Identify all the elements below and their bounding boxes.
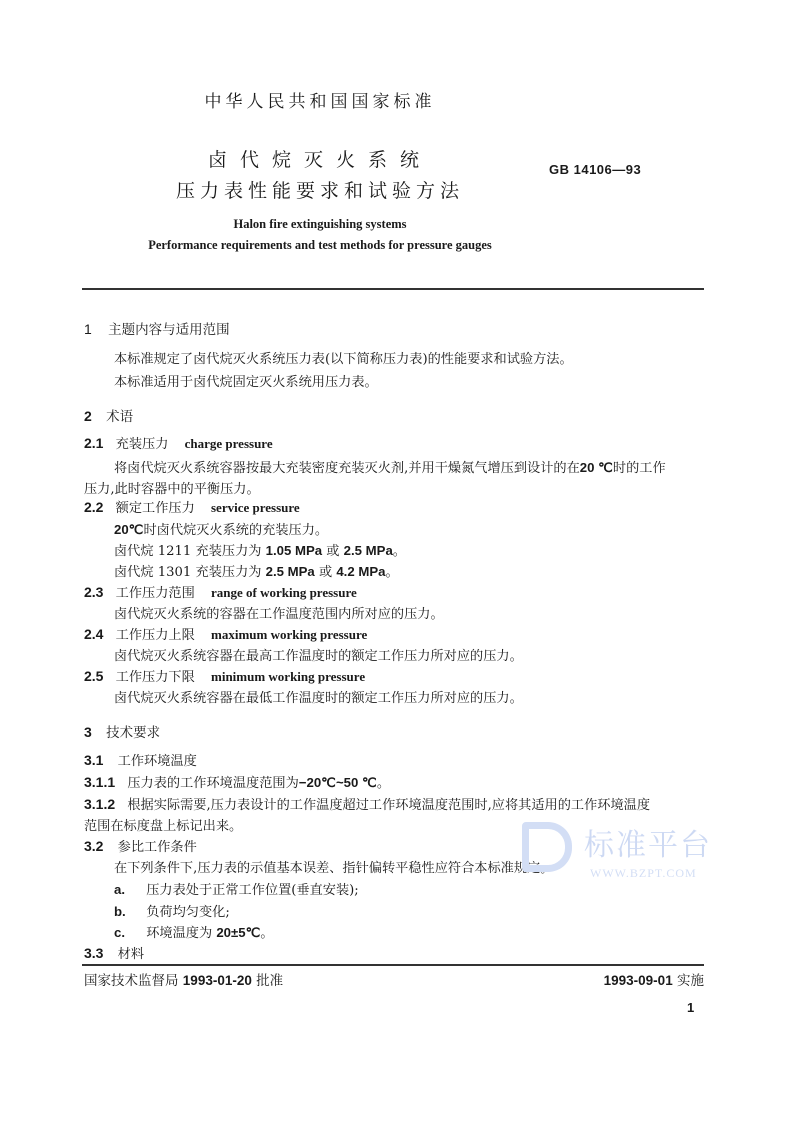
term-cn: 充装压力 [116, 437, 169, 452]
list-text: 负荷均匀变化; [146, 905, 230, 920]
effective-date: 1993-09-01 [604, 973, 673, 988]
clause-3-1-2: 3.1.2 根据实际需要,压力表设计的工作温度超过工作环境温度范围时,应将其适用… [84, 794, 650, 813]
clause-number: 3.2 [84, 838, 103, 854]
paragraph: 本标准适用于卤代烷固定灭火系统用压力表。 [114, 371, 378, 390]
clause-text: 压力表的工作环境温度范围为 [127, 776, 298, 791]
list-item: b. 负荷均匀变化; [114, 901, 230, 920]
approval-label: 批准 [252, 973, 283, 989]
pressure-value: 1.05 MPa [266, 543, 322, 558]
definition-text: 时的工作 [613, 461, 666, 476]
watermark-cn: 标准平台 [584, 820, 712, 864]
clause-text-continued: 范围在标度盘上标记出来。 [84, 815, 242, 834]
term-en: maximum working pressure [211, 627, 367, 642]
clause-3-1-1: 3.1.1 压力表的工作环境温度范围为−20℃~50 ℃。 [84, 772, 390, 791]
clause-2-2-heading: 2.2 额定工作压力 service pressure [84, 497, 300, 516]
text: 卤代烷 1211 充装压力为 [114, 544, 266, 559]
title-cn-line1: 卤代烷灭火系统 [150, 145, 490, 172]
temperature-range: −20℃~50 ℃ [299, 775, 377, 790]
header-divider [82, 288, 704, 290]
clause-number: 2.4 [84, 626, 103, 642]
definition-text: 时卤代烷灭火系统的充装压力。 [143, 523, 328, 538]
section-title: 主题内容与适用范围 [108, 322, 230, 338]
pressure-value: 4.2 MPa [336, 564, 385, 579]
term-cn: 工作压力范围 [116, 586, 195, 601]
text: 。 [393, 544, 406, 559]
list-item: a. 压力表处于正常工作位置(垂直安装); [114, 879, 359, 898]
clause-2-1-heading: 2.1 充装压力 charge pressure [84, 433, 273, 452]
section-1-heading: 1 主题内容与适用范围 [84, 318, 230, 338]
text: 或 [322, 544, 344, 559]
title-en-line1: Halon fire extinguishing systems [0, 217, 640, 232]
clause-title: 材料 [118, 947, 144, 962]
text: 。 [385, 565, 398, 580]
clause-2-3-heading: 2.3 工作压力范围 range of working pressure [84, 582, 357, 601]
section-3-heading: 3 技术要求 [84, 721, 160, 741]
halon-1301-pressure: 卤代烷 1301 充装压力为 2.5 MPa 或 4.2 MPa。 [114, 561, 399, 580]
text: 或 [315, 565, 337, 580]
list-text: 。 [260, 926, 273, 941]
list-text: 压力表处于正常工作位置(垂直安装); [146, 883, 359, 898]
standard-code: GB 14106—93 [549, 162, 641, 177]
page-number: 1 [687, 1000, 694, 1015]
term-en: range of working pressure [211, 585, 357, 600]
clause-number: 2.2 [84, 499, 103, 515]
temperature-value: 20℃ [114, 522, 143, 537]
clause-number: 3.1.2 [84, 796, 115, 812]
clause-2-5-heading: 2.5 工作压力下限 minimum working pressure [84, 666, 365, 685]
effective-info: 1993-09-01 实施 [604, 969, 704, 989]
clause-number: 2.1 [84, 435, 103, 451]
definition: 卤代烷灭火系统容器在最高工作温度时的额定工作压力所对应的压力。 [114, 645, 523, 664]
clause-number: 2.5 [84, 668, 103, 684]
pressure-value: 2.5 MPa [344, 543, 393, 558]
title-cn-line2: 压力表性能要求和试验方法 [150, 176, 490, 203]
clause-number: 3.1 [84, 752, 103, 768]
section-2-heading: 2 术语 [84, 405, 133, 425]
list-text: 环境温度为 [146, 926, 216, 941]
section-title: 术语 [106, 409, 133, 425]
watermark-en: WWW.BZPT.COM [590, 866, 697, 881]
text: 卤代烷 1301 充装压力为 [114, 565, 266, 580]
definition-continued: 压力,此时容器中的平衡压力。 [84, 478, 260, 497]
list-label: c. [114, 925, 138, 940]
definition: 将卤代烷灭火系统容器按最大充装密度充装灭火剂,并用干燥氮气增压到设计的在20 ℃… [114, 457, 666, 476]
term-en: charge pressure [185, 436, 273, 451]
section-number: 3 [84, 724, 92, 740]
section-number: 2 [84, 408, 92, 424]
term-cn: 额定工作压力 [116, 501, 195, 516]
term-cn: 工作压力上限 [116, 628, 195, 643]
watermark-logo-icon [522, 822, 572, 872]
approval-info: 国家技术监督局 1993-01-20 批准 [84, 969, 283, 989]
term-cn: 工作压力下限 [116, 670, 195, 685]
section-title: 技术要求 [106, 725, 160, 741]
effective-label: 实施 [673, 973, 704, 989]
clause-number: 3.1.1 [84, 774, 115, 790]
list-label: a. [114, 882, 138, 897]
temperature-value: 20 ℃ [580, 460, 613, 475]
clause-text: 。 [377, 776, 390, 791]
footer-divider [82, 964, 704, 966]
title-en-line2: Performance requirements and test method… [0, 238, 640, 253]
definition: 20℃时卤代烷灭火系统的充装压力。 [114, 519, 328, 538]
section-number: 1 [84, 321, 92, 337]
halon-1211-pressure: 卤代烷 1211 充装压力为 1.05 MPa 或 2.5 MPa。 [114, 540, 406, 559]
definition: 卤代烷灭火系统容器在最低工作温度时的额定工作压力所对应的压力。 [114, 687, 523, 706]
clause-number: 2.3 [84, 584, 103, 600]
term-en: minimum working pressure [211, 669, 365, 684]
definition-text: 将卤代烷灭火系统容器按最大充装密度充装灭火剂,并用干燥氮气增压到设计的在 [114, 461, 580, 476]
clause-number: 3.3 [84, 945, 103, 961]
approval-date: 1993-01-20 [183, 973, 252, 988]
list-item: c. 环境温度为 20±5℃。 [114, 922, 274, 941]
clause-3-1-heading: 3.1 工作环境温度 [84, 750, 197, 769]
temperature-value: 20±5℃ [216, 925, 260, 940]
paragraph: 本标准规定了卤代烷灭火系统压力表(以下简称压力表)的性能要求和试验方法。 [114, 348, 573, 367]
clause-3-3-heading: 3.3 材料 [84, 943, 144, 962]
clause-title: 工作环境温度 [118, 754, 197, 769]
definition: 卤代烷灭火系统的容器在工作温度范围内所对应的压力。 [114, 603, 444, 622]
list-label: b. [114, 904, 138, 919]
standard-type-heading: 中华人民共和国国家标准 [0, 87, 640, 112]
clause-intro: 在下列条件下,压力表的示值基本误差、指针偏转平稳性应符合本标准规定。 [114, 857, 553, 876]
clause-3-2-heading: 3.2 参比工作条件 [84, 836, 197, 855]
clause-2-4-heading: 2.4 工作压力上限 maximum working pressure [84, 624, 367, 643]
clause-text: 根据实际需要,压力表设计的工作温度超过工作环境温度范围时,应将其适用的工作环境温… [127, 798, 650, 813]
clause-title: 参比工作条件 [118, 840, 197, 855]
approval-org: 国家技术监督局 [84, 973, 183, 989]
term-en: service pressure [211, 500, 300, 515]
pressure-value: 2.5 MPa [266, 564, 315, 579]
